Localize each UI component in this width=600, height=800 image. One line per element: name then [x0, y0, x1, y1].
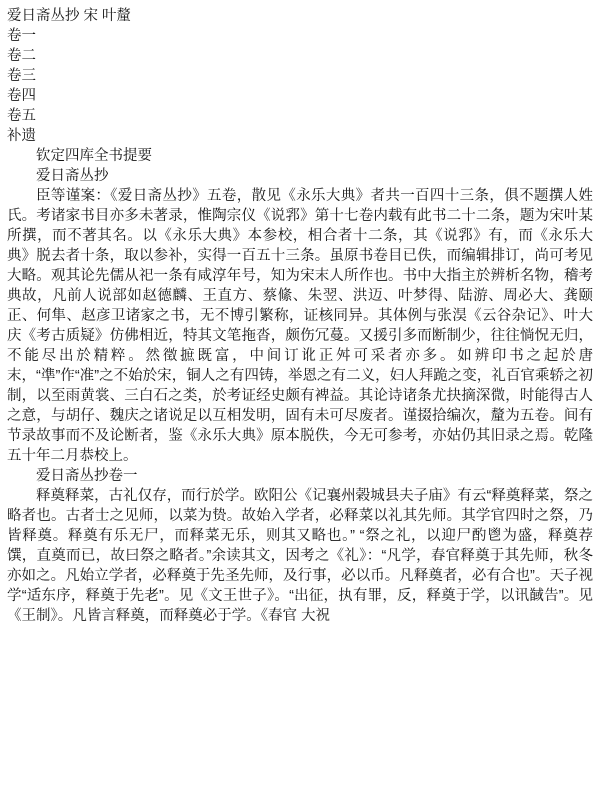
tiyao-subheading: 爱日斋丛抄	[7, 166, 593, 186]
juan1-heading: 爱日斋丛抄卷一	[7, 466, 593, 486]
tiyao-body: 臣等谨案：《爱日斋丛抄》五卷，散见《永乐大典》者共一百四十三条，俱不题撰人姓氏。…	[7, 186, 593, 466]
toc-item-juan5: 卷五	[7, 106, 593, 126]
toc-item-buyi: 补遗	[7, 126, 593, 146]
document: 爱日斋丛抄 宋 叶釐 卷一 卷二 卷三 卷四 卷五 补遗 钦定四库全书提要 爱日…	[0, 0, 600, 800]
toc-item-juan3: 卷三	[7, 66, 593, 86]
toc-item-juan1: 卷一	[7, 26, 593, 46]
toc-item-juan2: 卷二	[7, 46, 593, 66]
juan1-body: 释奠释菜，古礼仅存，而行於学。欧阳公《记襄州榖城县夫子庙》有云“释奠释菜，祭之略…	[7, 486, 593, 626]
document-title: 爱日斋丛抄 宋 叶釐	[7, 6, 593, 26]
tiyao-heading: 钦定四库全书提要	[7, 146, 593, 166]
toc-item-juan4: 卷四	[7, 86, 593, 106]
